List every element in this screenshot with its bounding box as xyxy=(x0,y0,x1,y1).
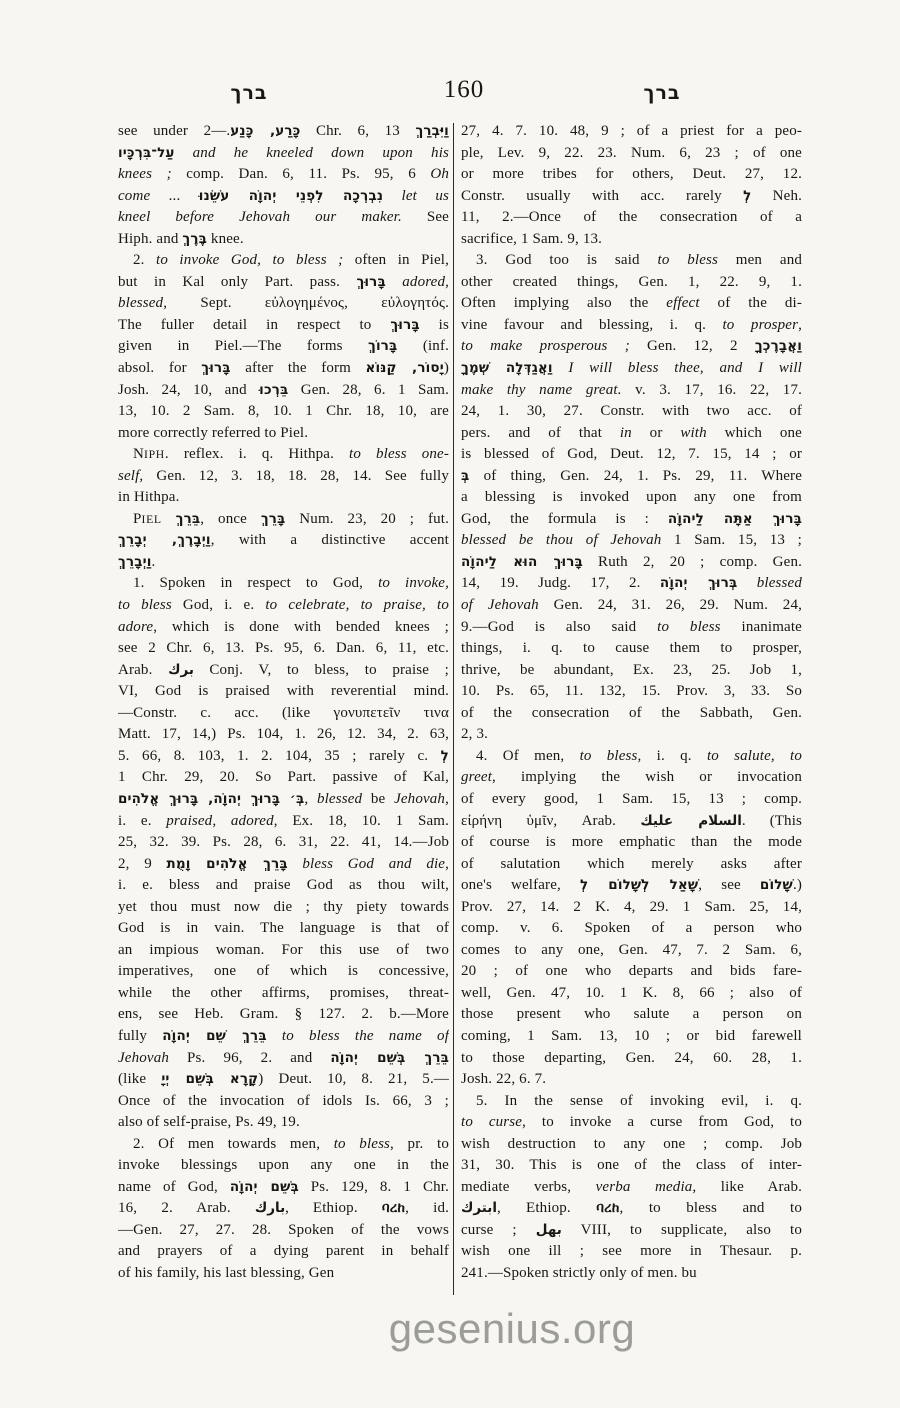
text-line: וַיְבָרֶךְ, יְבָרֵךְ, with a distinctive… xyxy=(118,530,449,552)
text-line: 11, 2.—Once of the consecration of a xyxy=(461,207,802,229)
running-head-right-keyword: ברך xyxy=(643,82,680,104)
text-line: blessed be thou of Jehovah 1 Sam. 15, 13… xyxy=(461,530,802,552)
text-line: 16, 2. Arab. بارك, Ethiop. ባረከ, id. xyxy=(118,1198,449,1220)
text-line: an impious woman. For this use of two xyxy=(118,940,449,962)
text-line: in Hithpa. xyxy=(118,487,449,509)
text-line: more correctly referred to Piel. xyxy=(118,423,449,445)
text-line: given in Piel.—The forms בָּרוֹךְ (inf. xyxy=(118,336,449,358)
text-line: 31, 30. This is one of the class of inte… xyxy=(461,1155,802,1177)
text-line: name of God, בְּשֵׁם יְהוָֹה Ps. 129, 8.… xyxy=(118,1177,449,1199)
text-line: Once of the invocation of idols Is. 66, … xyxy=(118,1091,449,1113)
text-line: wish one ill ; see more in Thesaur. p. xyxy=(461,1241,802,1263)
text-line: coming, 1 Sam. 13, 10 ; or bid farewell xyxy=(461,1026,802,1048)
text-line: Jehovah Ps. 96, 2. and בֵּרֵךְ בְּשֵׁם י… xyxy=(118,1048,449,1070)
text-line: comes to any one, Gen. 47, 7. 2 Sam. 6, xyxy=(461,940,802,962)
text-line: Constr. usually with acc. rarely לְ Neh. xyxy=(461,186,802,208)
text-line: God is in vain. The language is that of xyxy=(118,918,449,940)
text-line: VI, God is praised with reverential mind… xyxy=(118,681,449,703)
text-line: invoke blessings upon any one in the xyxy=(118,1155,449,1177)
text-line: or more tribes for others, Deut. 27, 12. xyxy=(461,164,802,186)
text-line: Arab. برك Conj. V, to bless, to praise ; xyxy=(118,660,449,682)
text-line: 24, 1. 30, 27. Constr. with two acc. of xyxy=(461,401,802,423)
text-line: comp. v. 6. Spoken of a person who xyxy=(461,918,802,940)
text-line: greet, implying the wish or invocation xyxy=(461,767,802,789)
text-line: 2. Of men towards men, to bless, pr. to xyxy=(118,1134,449,1156)
text-line: בְּ of thing, Gen. 24, 1. Ps. 29, 11. Wh… xyxy=(461,466,802,488)
right-column: 27, 4. 7. 10. 48, 9 ; of a priest for a … xyxy=(461,121,802,1297)
text-line: while the other affirms, promises, threa… xyxy=(118,983,449,1005)
text-line: 20 ; of one who departs and bids fare- xyxy=(461,961,802,983)
text-line: to those departing, Gen. 24, 60. 28, 1. xyxy=(461,1048,802,1070)
text-line: to curse, to invoke a curse from God, to xyxy=(461,1112,802,1134)
text-line: pers. and of that in or with which one xyxy=(461,423,802,445)
text-line: Josh. 24, 10, and בֵּרְכוּ Gen. 28, 6. 1… xyxy=(118,380,449,402)
text-line: בָּרוּךְ הוּא לַיהוָֹה Ruth 2, 20 ; comp… xyxy=(461,552,802,574)
text-line: fully בֵּרֵךְ שֵׁם יְהוָֹה to bless the … xyxy=(118,1026,449,1048)
text-line: see under כָּרַע, כָּנַע.—2 Chr. 6, 13 ו… xyxy=(118,121,449,143)
text-line: make thy name great. v. 3. 17, 16. 22, 1… xyxy=(461,380,802,402)
text-line: mediate verbs, verba media, like Arab. xyxy=(461,1177,802,1199)
text-line: Prov. 27, 14. 2 K. 4, 29. 1 Sam. 25, 14, xyxy=(461,897,802,919)
text-line: of every good, 1 Sam. 15, 13 ; comp. xyxy=(461,789,802,811)
text-line: ابترك, Ethiop. ባረከ, to bless and to xyxy=(461,1198,802,1220)
text-line: The fuller detail in respect to בָּרוּךְ… xyxy=(118,315,449,337)
text-line: to make prosperous ; Gen. 12, 2 וַאֲבָרֶ… xyxy=(461,336,802,358)
text-line: curse ; بهل VIII, to supplicate, also to xyxy=(461,1220,802,1242)
text-line: Often implying also the effect of the di… xyxy=(461,293,802,315)
text-line: 25, 32. 39. Ps. 28, 6. 31, 22. 41, 14.—J… xyxy=(118,832,449,854)
text-line: God, the formula is : בָּרוּךְ אַתָּה לַ… xyxy=(461,509,802,531)
text-line: 2, 3. xyxy=(461,724,802,746)
page-number: 160 xyxy=(444,76,485,104)
text-line: 1 Chr. 29, 20. So Part. passive of Kal, xyxy=(118,767,449,789)
text-line: 241.—Spoken strictly only of men. bu xyxy=(461,1263,802,1285)
text-line: 4. Of men, to bless, i. q. to salute, to xyxy=(461,746,802,768)
text-line: Hiph. and בֶּרֶךְ knee. xyxy=(118,229,449,251)
text-line: 5. 66, 8. 103, 1. 2. 104, 35 ; rarely c.… xyxy=(118,746,449,768)
text-line: knees ; comp. Dan. 6, 11. Ps. 95, 6 Oh xyxy=(118,164,449,186)
watermark: gesenius.org xyxy=(389,1305,636,1353)
text-line: —Constr. c. acc. (like γονυπετεῖν τινα xyxy=(118,703,449,725)
text-line: absol. for בָּרוּךְ after the form יָסוֹ… xyxy=(118,358,449,380)
text-line: those present who salute a person on xyxy=(461,1004,802,1026)
text-line: 13, 10. 2 Sam. 8, 10. 1 Chr. 18, 10, are xyxy=(118,401,449,423)
text-line: 3. God too is said to bless men and xyxy=(461,250,802,272)
text-line: of Jehovah Gen. 24, 31. 26, 29. Num. 24, xyxy=(461,595,802,617)
text-line: and prayers of a dying parent in behalf xyxy=(118,1241,449,1263)
text-line: 2, 9 בָּרֵךְ אֱלֹהִים וָמֻת bless God an… xyxy=(118,854,449,876)
text-line: adore, which is done with bended knees ; xyxy=(118,617,449,639)
text-line: a blessing is invoked upon any one from xyxy=(461,487,802,509)
text-line: εἰρήνη ὑμῖν, Arab. السلام عليك. (This xyxy=(461,811,802,833)
left-column: see under כָּרַע, כָּנַע.—2 Chr. 6, 13 ו… xyxy=(118,121,449,1297)
text-line: imperatives, one of which is concessive, xyxy=(118,961,449,983)
text-line: is blessed of God, Deut. 12, 7. 15, 14 ;… xyxy=(461,444,802,466)
text-line: 9.—God is also said to bless inanimate xyxy=(461,617,802,639)
text-line: 14, 19. Judg. 17, 2. בְּרוּךְ יְהוָֹה bl… xyxy=(461,573,802,595)
text-line: of salutation which merely asks after xyxy=(461,854,802,876)
text-line: PIEL בֵּרֵךְ, once בָּרֵךְ Num. 23, 20 ;… xyxy=(118,509,449,531)
text-line: well, Gen. 47, 10. 1 K. 8, 66 ; also of xyxy=(461,983,802,1005)
text-line: yet thou must now die ; thy piety toward… xyxy=(118,897,449,919)
column-divider xyxy=(453,123,454,1295)
text-line: עַל־בִּרְכָּיו and he kneeled down upon … xyxy=(118,143,449,165)
text-line: 5. In the sense of invoking evil, i. q. xyxy=(461,1091,802,1113)
text-line: NIPH. reflex. i. q. Hithpa. to bless one… xyxy=(118,444,449,466)
text-line: see 2 Chr. 6, 13. Ps. 95, 6. Dan. 6, 11,… xyxy=(118,638,449,660)
text-line: come ... נִבְרְכָה לִפְנֵי יְהוָֹה עֹשֵׂ… xyxy=(118,186,449,208)
text-line: self, Gen. 12, 3. 18, 18. 28, 14. See fu… xyxy=(118,466,449,488)
text-line: to bless God, i. e. to celebrate, to pra… xyxy=(118,595,449,617)
text-line: 1. Spoken in respect to God, to invoke, xyxy=(118,573,449,595)
text-line: blessed, Sept. εὐλογημένος, εὐλογητός. xyxy=(118,293,449,315)
text-line: ple, Lev. 9, 22. 23. Num. 6, 23 ; of one xyxy=(461,143,802,165)
text-line: also of self-praise, Ps. 49, 19. xyxy=(118,1112,449,1134)
text-line: of course is more emphatic than the mode xyxy=(461,832,802,854)
text-line: of the consecration of the Sabbath, Gen. xyxy=(461,703,802,725)
text-line: Josh. 22, 6. 7. xyxy=(461,1069,802,1091)
text-line: (like קָרָא בְּשֵׁם יְיָ) Deut. 10, 8. 2… xyxy=(118,1069,449,1091)
text-line: wish destruction to any one ; comp. Job xyxy=(461,1134,802,1156)
text-line: i. e. bless and praise God as thou wilt, xyxy=(118,875,449,897)
text-line: בְּ׳ בָּרוּךְ יְהוָֹה, בָּרוּךְ אֱלֹהִים… xyxy=(118,789,449,811)
text-line: thrive, be abundant, Ex. 23, 25. Job 1, xyxy=(461,660,802,682)
text-line: kneel before Jehovah our maker. See xyxy=(118,207,449,229)
text-line: וַיְבָרֵךְ. xyxy=(118,552,449,574)
text-line: Matt. 17, 14,) Ps. 104, 1. 26, 12. 34, 2… xyxy=(118,724,449,746)
text-line: things, i. q. to cause them to prosper, xyxy=(461,638,802,660)
text-line: 2. to invoke God, to bless ; often in Pi… xyxy=(118,250,449,272)
text-line: vine favour and blessing, i. q. to prosp… xyxy=(461,315,802,337)
text-line: i. e. praised, adored, Ex. 18, 10. 1 Sam… xyxy=(118,811,449,833)
running-head-left-keyword: ברך xyxy=(230,82,267,104)
text-line: 27, 4. 7. 10. 48, 9 ; of a priest for a … xyxy=(461,121,802,143)
text-line: one's welfare, שָׁאַל לְשָׁלוֹם לְ, see … xyxy=(461,875,802,897)
text-body: see under כָּרַע, כָּנַע.—2 Chr. 6, 13 ו… xyxy=(118,121,802,1297)
text-line: of his family, his last blessing, Gen xyxy=(118,1263,449,1285)
text-line: וַאֲגַדְּלָה שְׁמֶךָ I will bless thee, … xyxy=(461,358,802,380)
text-line: other created things, Gen. 1, 22. 9, 1. xyxy=(461,272,802,294)
text-line: ens, see Heb. Gram. § 127. 2. b.—More xyxy=(118,1004,449,1026)
text-line: —Gen. 27, 27. 28. Spoken of the vows xyxy=(118,1220,449,1242)
text-line: sacrifice, 1 Sam. 9, 13. xyxy=(461,229,802,251)
text-line: 10. Ps. 65, 11. 132, 15. Prov. 3, 33. So xyxy=(461,681,802,703)
dictionary-page: ברך 160 ברך see under כָּרַע, כָּנַע.—2 … xyxy=(0,0,900,1408)
text-line: but in Kal only Part. pass. בָּרוּךְ ado… xyxy=(118,272,449,294)
